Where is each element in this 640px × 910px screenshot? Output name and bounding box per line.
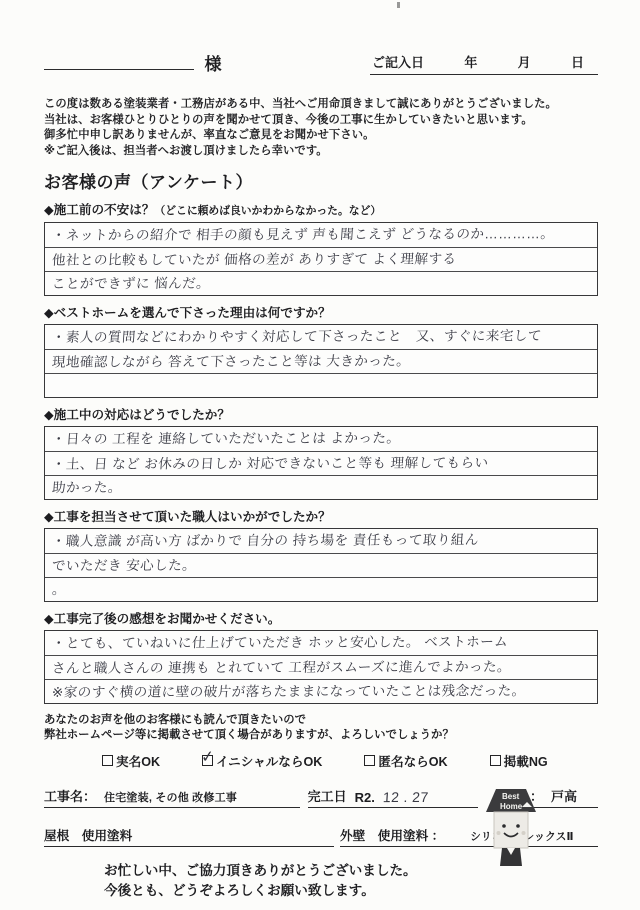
best-home-mascot-logo: Best Home (480, 786, 542, 878)
handwritten-text: ・素人の質問などにわかりやすく対応して下さったこと 又、すぐに来宅して (51, 325, 542, 349)
question-1-header: ◆施工前の不安は？（どこに頼めば良いかわからなかった。など） (44, 202, 598, 220)
logo-text-best: Best (502, 792, 520, 801)
name-underline (44, 52, 194, 70)
question-1-hint: （どこに頼めば良いかわからなかった。など） (154, 205, 381, 217)
mascot-eye-left (502, 824, 506, 828)
checkbox-label: 匿名ならOK (378, 751, 447, 770)
handwritten-text: 他社との比較もしていたが 価格の差が ありすぎて よく理解する (51, 247, 457, 271)
closing-line: 今後とも、どうぞよろしくお願い致します。 (104, 881, 598, 901)
scan-artifact (397, 2, 400, 8)
answer-line (45, 373, 597, 397)
answer-box-2: ・素人の質問などにわかりやすく対応して下さったこと 又、すぐに来宅して 現地確認… (44, 324, 598, 398)
survey-document-page: 様 ご記入日 年 月 日 この度は数ある塗装業者・工務店がある中、当社へご用命頂… (0, 0, 640, 910)
checkbox-label: イニシャルならOK (216, 751, 322, 770)
checkbox-icon[interactable]: ✓ (202, 755, 213, 766)
handwritten-text: ・職人意識 が高い方 ばかりで 自分の 持ち場を 責任もって取り組ん (51, 529, 479, 553)
question-3-header: ◆施工中の対応はどうでしたか？ (44, 407, 598, 424)
mascot-cheek-right (522, 831, 526, 835)
work-name-field: 工事名： 住宅塗装, その他 改修工事 (44, 786, 300, 808)
month-label: 月 (518, 52, 531, 71)
consent-line: 弊社ホームページ等に掲載させて頂く場合がありますが、よろしいでしょうか？ (44, 728, 598, 743)
intro-paragraph: この度は数ある塗装業者・工務店がある中、当社へご用命頂きまして誠にありがとうござ… (44, 97, 598, 159)
intro-line: 当社は、お客様ひとりひとりの声を聞かせて頂き、今後の工事に生かしていきたいと思い… (44, 113, 598, 129)
handwritten-text: 現地確認しながら 答えて下さったこと等は 大きかった。 (51, 349, 411, 373)
answer-line: ※家のすぐ横の道に壁の破片が落ちたままになっていたことは残念だった。 (45, 679, 597, 703)
answer-line: 現地確認しながら 答えて下さったこと等は 大きかった。 (45, 349, 597, 373)
completion-date-value: 12 . 27 (382, 789, 429, 805)
document-header: 様 ご記入日 年 月 日 (44, 50, 598, 75)
question-5-label: ◆工事完了後の感想をお聞かせください。 (44, 612, 280, 626)
wall-paint-label: 外壁 使用塗料 ： (340, 825, 444, 844)
work-name-label: 工事名： (44, 786, 96, 805)
mascot-cheek-left (497, 831, 501, 835)
staff-value: 戸高 (551, 786, 577, 805)
completion-date-label: 完工日 (308, 786, 347, 805)
intro-line: この度は数ある塗装業者・工務店がある中、当社へご用命頂きまして誠にありがとうござ… (44, 97, 598, 113)
checkbox-option-initials[interactable]: ✓ イニシャルならOK (202, 751, 322, 770)
checkbox-label: 掲載NG (504, 751, 548, 770)
mascot-eye-right (516, 824, 520, 828)
answer-line: 助かった。 (45, 475, 597, 499)
question-section-3: ◆施工中の対応はどうでしたか？ ・日々の 工程を 連絡していただいたことは よか… (44, 407, 598, 500)
logo-text-home: Home (500, 802, 523, 811)
answer-line: 他社との比較もしていたが 価格の差が ありすぎて よく理解する (45, 247, 597, 271)
answer-box-3: ・日々の 工程を 連絡していただいたことは よかった。 ・土、日 など お休みの… (44, 426, 598, 500)
completion-date-field: 完工日 R2. 12 . 27 (308, 786, 479, 808)
checkbox-option-anonymous[interactable]: 匿名ならOK (364, 751, 447, 770)
handwritten-text: でいただき 安心した。 (51, 554, 197, 577)
handwritten-text: ※家のすぐ横の道に壁の破片が落ちたままになっていたことは残念だった。 (51, 679, 526, 703)
customer-name-field: 様 (44, 50, 221, 75)
checkbox-icon[interactable] (490, 755, 501, 766)
consent-options-row: 実名OK ✓ イニシャルならOK 匿名ならOK 掲載NG (44, 751, 598, 770)
question-2-header: ◆ベストホームを選んで下さった理由は何ですか？ (44, 305, 598, 322)
handwritten-text: ・とても、ていねいに仕上げていただき ホッと安心した。 ベストホーム (51, 631, 509, 655)
question-5-header: ◆工事完了後の感想をお聞かせください。 (44, 611, 598, 628)
answer-box-4: ・職人意識 が高い方 ばかりで 自分の 持ち場を 責任もって取り組ん でいただき… (44, 528, 598, 602)
answer-line: さんと職人さんの 連携も とれていて 工程がスムーズに進んでよかった。 (45, 655, 597, 679)
answer-line: でいただき 安心した。 (45, 553, 597, 577)
roof-paint-label: 屋根 使用塗料 (44, 825, 132, 844)
completion-era-value: R2. (355, 790, 375, 805)
check-mark: ✓ (200, 746, 215, 767)
mascot-face (494, 812, 528, 848)
handwritten-text: さんと職人さんの 連携も とれていて 工程がスムーズに進んでよかった。 (51, 655, 512, 679)
checkbox-icon[interactable] (102, 755, 113, 766)
question-section-5: ◆工事完了後の感想をお聞かせください。 ・とても、ていねいに仕上げていただき ホ… (44, 611, 598, 704)
handwritten-text: 助かった。 (51, 476, 123, 499)
day-label: 日 (571, 52, 584, 71)
intro-line: 御多忙中申し訳ありませんが、率直なご意見をお聞かせ下さい。 (44, 128, 598, 144)
work-name-value: 住宅塗装, その他 改修工事 (104, 789, 237, 805)
question-1-label: ◆施工前の不安は？ (44, 203, 154, 217)
handwritten-text: ・ネットからの紹介で 相手の顔も見えず 声も聞こえず どうなるのか…………。 (51, 223, 555, 247)
answer-line: ことができずに 悩んだ。 (45, 271, 597, 295)
question-3-label: ◆施工中の対応はどうでしたか？ (44, 408, 230, 422)
consent-line: あなたのお声を他のお客様にも読んで頂きたいので (44, 713, 598, 728)
question-section-2: ◆ベストホームを選んで下さった理由は何ですか？ ・素人の質問などにわかりやすく対… (44, 305, 598, 398)
question-2-label: ◆ベストホームを選んで下さった理由は何ですか？ (44, 306, 331, 320)
question-4-label: ◆工事を担当させて頂いた職人はいかがでしたか？ (44, 510, 331, 524)
answer-box-1: ・ネットからの紹介で 相手の顔も見えず 声も聞こえず どうなるのか…………。 他… (44, 222, 598, 296)
handwritten-text: 。 (51, 578, 67, 601)
answer-line: ・日々の 工程を 連絡していただいたことは よかった。 (45, 427, 597, 451)
question-section-4: ◆工事を担当させて頂いた職人はいかがでしたか？ ・職人意識 が高い方 ばかりで … (44, 509, 598, 602)
publication-consent-text: あなたのお声を他のお客様にも読んで頂きたいので 弊社ホームページ等に掲載させて頂… (44, 713, 598, 743)
answer-line: ・土、日 など お休みの日しか 対応できないこと等も 理解してもらい (45, 451, 597, 475)
intro-line: ※ご記入後は、担当者へお渡し頂けましたら幸いです。 (44, 144, 598, 160)
checkbox-option-realname[interactable]: 実名OK (102, 751, 160, 770)
answer-line: ・素人の質問などにわかりやすく対応して下さったこと 又、すぐに来宅して (45, 325, 597, 349)
handwritten-text: ・土、日 など お休みの日しか 対応できないこと等も 理解してもらい (51, 451, 489, 475)
name-suffix-label: 様 (204, 55, 221, 74)
handwritten-text: ・日々の 工程を 連絡していただいたことは よかった。 (51, 427, 401, 451)
question-section-1: ◆施工前の不安は？（どこに頼めば良いかわからなかった。など） ・ネットからの紹介… (44, 202, 598, 296)
handwritten-text: ことができずに 悩んだ。 (51, 272, 211, 295)
roof-paint-field: 屋根 使用塗料 (44, 825, 334, 847)
page-title: お客様の声（アンケート） (44, 168, 598, 193)
date-label: ご記入日 (372, 52, 424, 71)
answer-box-5: ・とても、ていねいに仕上げていただき ホッと安心した。 ベストホーム さんと職人… (44, 630, 598, 704)
checkbox-option-no-publication[interactable]: 掲載NG (490, 751, 548, 770)
year-label: 年 (464, 52, 477, 71)
answer-line: ・とても、ていねいに仕上げていただき ホッと安心した。 ベストホーム (45, 631, 597, 655)
answer-line: 。 (45, 577, 597, 601)
wall-paint-field: 外壁 使用塗料 ： シリコンフレックスⅡ (340, 825, 598, 847)
fill-date-field: ご記入日 年 月 日 (370, 52, 598, 75)
answer-line: ・職人意識 が高い方 ばかりで 自分の 持ち場を 責任もって取り組ん (45, 529, 597, 553)
checkbox-label: 実名OK (116, 751, 160, 770)
question-4-header: ◆工事を担当させて頂いた職人はいかがでしたか？ (44, 509, 598, 526)
answer-line: ・ネットからの紹介で 相手の顔も見えず 声も聞こえず どうなるのか…………。 (45, 223, 597, 247)
checkbox-icon[interactable] (364, 755, 375, 766)
